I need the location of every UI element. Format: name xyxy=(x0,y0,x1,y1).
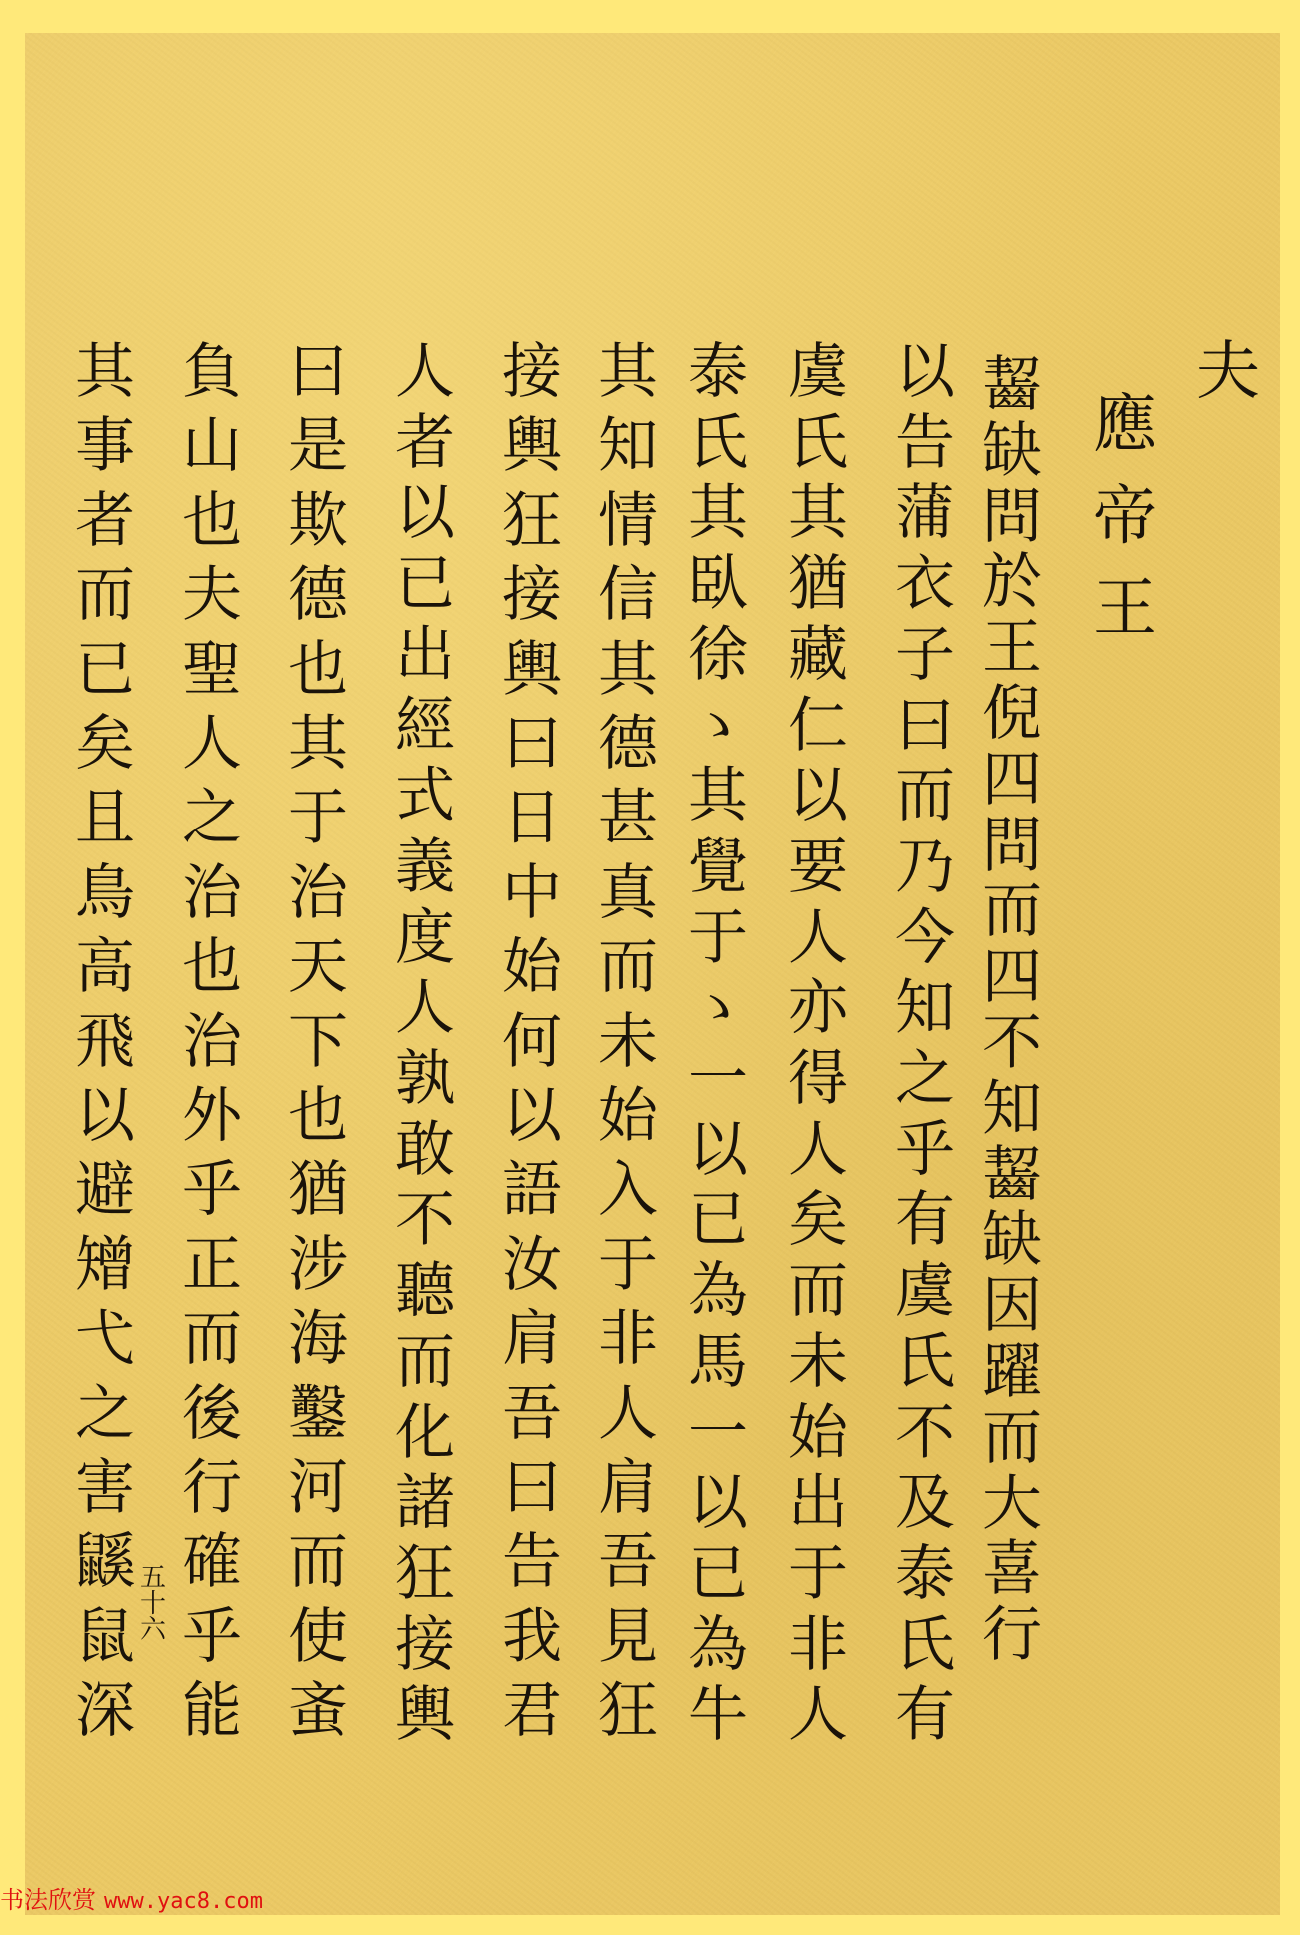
calligraphy-character: 而 xyxy=(598,937,658,997)
calligraphy-character: 德 xyxy=(598,714,658,774)
calligraphy-character: 氏 xyxy=(895,1332,955,1392)
calligraphy-character: 乎 xyxy=(182,1607,242,1667)
calligraphy-character: 接 xyxy=(395,1615,455,1675)
calligraphy-character: 知 xyxy=(895,978,955,1038)
calligraphy-character: 何 xyxy=(502,1012,562,1072)
calligraphy-character: 知 xyxy=(982,1079,1042,1139)
calligraphy-character: 接 xyxy=(502,565,562,625)
calligraphy-character: 而 xyxy=(982,1408,1042,1468)
calligraphy-character: 一 xyxy=(688,1049,748,1109)
calligraphy-character: 人 xyxy=(788,908,848,968)
calligraphy-character: 蚉 xyxy=(288,1681,348,1741)
calligraphy-character: 出 xyxy=(788,1473,848,1533)
calligraphy-character: 齧 xyxy=(982,1145,1042,1205)
calligraphy-paper: 夫 應帝王 齧缺問於王倪四問而四不知齧缺因躍而大喜行 以告蒲衣子曰而乃今知之乎有… xyxy=(25,33,1280,1915)
calligraphy-character: 且 xyxy=(75,788,135,848)
calligraphy-character: 馬 xyxy=(688,1332,748,1392)
calligraphy-character: 以 xyxy=(688,1473,748,1533)
calligraphy-character: 山 xyxy=(182,416,242,476)
calligraphy-character: 而 xyxy=(788,1261,848,1321)
calligraphy-character: 問 xyxy=(982,487,1042,547)
calligraphy-character: 其 xyxy=(688,483,748,543)
calligraphy-character: 我 xyxy=(502,1607,562,1667)
calligraphy-character: 鳥 xyxy=(75,863,135,923)
calligraphy-character: 其 xyxy=(688,766,748,826)
calligraphy-character: 子 xyxy=(895,625,955,685)
calligraphy-character: 吾 xyxy=(502,1384,562,1444)
calligraphy-character: 人 xyxy=(788,1120,848,1180)
calligraphy-character: 諸 xyxy=(395,1473,455,1533)
calligraphy-character: 信 xyxy=(598,565,658,625)
calligraphy-character: 今 xyxy=(895,908,955,968)
calligraphy-character: 河 xyxy=(288,1458,348,1518)
calligraphy-character: 未 xyxy=(788,1332,848,1392)
calligraphy-character: 大 xyxy=(982,1474,1042,1534)
calligraphy-character: 已 xyxy=(75,640,135,700)
calligraphy-character: 式 xyxy=(395,766,455,826)
calligraphy-character: 避 xyxy=(75,1160,135,1220)
calligraphy-character: 有 xyxy=(895,1685,955,1745)
calligraphy-character: 氏 xyxy=(788,413,848,473)
calligraphy-character: 下 xyxy=(288,1012,348,1072)
calligraphy-character: 治 xyxy=(288,863,348,923)
calligraphy-character: 以 xyxy=(502,1086,562,1146)
calligraphy-character: 及 xyxy=(895,1473,955,1533)
calligraphy-character: 矣 xyxy=(788,1190,848,1250)
calligraphy-character: ゝ xyxy=(688,696,748,756)
calligraphy-character: 乃 xyxy=(895,837,955,897)
calligraphy-character: 告 xyxy=(895,413,955,473)
calligraphy-character: 於 xyxy=(982,552,1042,612)
calligraphy-character: 知 xyxy=(598,416,658,476)
annotation-character: 五 xyxy=(140,1565,166,1591)
calligraphy-character: 之 xyxy=(182,788,242,848)
calligraphy-character: 情 xyxy=(598,491,658,551)
calligraphy-character: 而 xyxy=(895,766,955,826)
calligraphy-character: 使 xyxy=(288,1607,348,1667)
calligraphy-character: 輿 xyxy=(395,1685,455,1745)
calligraphy-character: 要 xyxy=(788,837,848,897)
calligraphy-character: 于 xyxy=(288,788,348,848)
calligraphy-character: 人 xyxy=(395,342,455,402)
calligraphy-character: 輿 xyxy=(502,640,562,700)
calligraphy-character: 徐 xyxy=(688,625,748,685)
calligraphy-character: 泰 xyxy=(688,342,748,402)
calligraphy-character: 而 xyxy=(182,1309,242,1369)
watermark: 书法欣赏www.yac8.com xyxy=(0,1880,263,1915)
calligraphy-character: 外 xyxy=(182,1086,242,1146)
calligraphy-character: 而 xyxy=(395,1332,455,1392)
calligraphy-character: 是 xyxy=(288,416,348,476)
calligraphy-character: 不 xyxy=(982,1013,1042,1073)
calligraphy-character: 乎 xyxy=(895,1120,955,1180)
calligraphy-character: 以 xyxy=(788,766,848,826)
calligraphy-character: 也 xyxy=(288,1086,348,1146)
calligraphy-character: 弋 xyxy=(75,1309,135,1369)
calligraphy-character: 鼠 xyxy=(75,1607,135,1667)
calligraphy-character: 以 xyxy=(395,483,455,543)
calligraphy-character: 應 xyxy=(1093,393,1157,457)
calligraphy-character: 亦 xyxy=(788,978,848,1038)
calligraphy-character: 猶 xyxy=(788,554,848,614)
calligraphy-character: 曰 xyxy=(288,342,348,402)
calligraphy-character: 君 xyxy=(502,1681,562,1741)
calligraphy-character: 牛 xyxy=(688,1685,748,1745)
calligraphy-character: 義 xyxy=(395,837,455,897)
calligraphy-character: 肩 xyxy=(598,1458,658,1518)
calligraphy-character: 非 xyxy=(598,1309,658,1369)
calligraphy-character: 輿 xyxy=(502,416,562,476)
calligraphy-character: 鼷 xyxy=(75,1532,135,1592)
calligraphy-character: 其 xyxy=(75,342,135,402)
calligraphy-character: 化 xyxy=(395,1403,455,1463)
calligraphy-character: 度 xyxy=(395,908,455,968)
calligraphy-character: 欺 xyxy=(288,491,348,551)
calligraphy-character: 之 xyxy=(895,1049,955,1109)
calligraphy-character: 其 xyxy=(598,342,658,402)
calligraphy-character: 已 xyxy=(688,1544,748,1604)
calligraphy-character: 事 xyxy=(75,416,135,476)
annotation-character: 十 xyxy=(140,1591,166,1617)
calligraphy-character: 缺 xyxy=(982,1210,1042,1270)
calligraphy-character: 告 xyxy=(502,1532,562,1592)
calligraphy-character: 負 xyxy=(182,342,242,402)
calligraphy-character: 倪 xyxy=(982,684,1042,744)
calligraphy-character: 仁 xyxy=(788,696,848,756)
calligraphy-character: 猶 xyxy=(288,1160,348,1220)
calligraphy-character: 而 xyxy=(75,565,135,625)
calligraphy-character: 于 xyxy=(598,1235,658,1295)
calligraphy-character: 汝 xyxy=(502,1235,562,1295)
calligraphy-character: 泰 xyxy=(895,1544,955,1604)
calligraphy-character: 出 xyxy=(395,625,455,685)
calligraphy-character: 不 xyxy=(395,1190,455,1250)
watermark-site-name: 书法欣赏 xyxy=(0,1886,96,1914)
calligraphy-character: 也 xyxy=(288,640,348,700)
calligraphy-character: 以 xyxy=(75,1086,135,1146)
calligraphy-character: 已 xyxy=(395,554,455,614)
calligraphy-character: 衣 xyxy=(895,554,955,614)
calligraphy-character: 者 xyxy=(395,413,455,473)
calligraphy-character: 其 xyxy=(788,483,848,543)
calligraphy-character: 于 xyxy=(788,1544,848,1604)
calligraphy-character: 吾 xyxy=(598,1532,658,1592)
calligraphy-character: 聽 xyxy=(395,1261,455,1321)
calligraphy-character: 狂 xyxy=(395,1544,455,1604)
calligraphy-character: 人 xyxy=(788,1685,848,1745)
calligraphy-character: 其 xyxy=(288,714,348,774)
calligraphy-character: 日 xyxy=(502,788,562,848)
calligraphy-character: 王 xyxy=(1093,577,1157,641)
calligraphy-character: 狂 xyxy=(502,491,562,551)
calligraphy-character: 四 xyxy=(982,750,1042,810)
calligraphy-character: 未 xyxy=(598,1012,658,1072)
calligraphy-character: 海 xyxy=(288,1309,348,1369)
calligraphy-character: 天 xyxy=(288,937,348,997)
calligraphy-character: 喜 xyxy=(982,1539,1042,1599)
calligraphy-character: 臥 xyxy=(688,554,748,614)
calligraphy-character: 害 xyxy=(75,1458,135,1518)
calligraphy-character: 于 xyxy=(688,908,748,968)
calligraphy-character: 行 xyxy=(182,1458,242,1518)
calligraphy-character: 夫 xyxy=(182,565,242,625)
calligraphy-character: 矣 xyxy=(75,714,135,774)
calligraphy-character: 曰 xyxy=(502,1458,562,1518)
calligraphy-character: 治 xyxy=(182,863,242,923)
calligraphy-character: 真 xyxy=(598,863,658,923)
calligraphy-character: 氏 xyxy=(895,1615,955,1675)
calligraphy-character: 虞 xyxy=(895,1261,955,1321)
calligraphy-character: 也 xyxy=(182,491,242,551)
calligraphy-character: 孰 xyxy=(395,1049,455,1109)
calligraphy-character: 已 xyxy=(688,1190,748,1250)
calligraphy-character: 問 xyxy=(982,816,1042,876)
watermark-url: www.yac8.com xyxy=(104,1889,263,1914)
calligraphy-character: 深 xyxy=(75,1681,135,1741)
calligraphy-character: 飛 xyxy=(75,1012,135,1072)
calligraphy-character: 鑿 xyxy=(288,1384,348,1444)
calligraphy-character: 敢 xyxy=(395,1120,455,1180)
calligraphy-character: 始 xyxy=(502,937,562,997)
calligraphy-character: 狂 xyxy=(598,1681,658,1741)
calligraphy-character: 氏 xyxy=(688,413,748,473)
calligraphy-character: 經 xyxy=(395,696,455,756)
calligraphy-character: 始 xyxy=(788,1403,848,1463)
calligraphy-character: 以 xyxy=(688,1120,748,1180)
calligraphy-character: 非 xyxy=(788,1615,848,1675)
calligraphy-character: 曰 xyxy=(895,696,955,756)
calligraphy-character: 正 xyxy=(182,1235,242,1295)
calligraphy-character: 齧 xyxy=(982,355,1042,415)
calligraphy-character: 蒲 xyxy=(895,483,955,543)
calligraphy-character: 人 xyxy=(598,1384,658,1444)
calligraphy-character: 其 xyxy=(598,640,658,700)
calligraphy-character: 為 xyxy=(688,1261,748,1321)
calligraphy-character: 接 xyxy=(502,342,562,402)
calligraphy-character: 者 xyxy=(75,491,135,551)
calligraphy-character: 矰 xyxy=(75,1235,135,1295)
calligraphy-character: 見 xyxy=(598,1607,658,1667)
calligraphy-character: 中 xyxy=(502,863,562,923)
calligraphy-character: 而 xyxy=(982,881,1042,941)
calligraphy-character: 以 xyxy=(895,342,955,402)
calligraphy-character: 之 xyxy=(75,1384,135,1444)
calligraphy-character: 人 xyxy=(395,978,455,1038)
calligraphy-character: 治 xyxy=(182,1012,242,1072)
calligraphy-character: 涉 xyxy=(288,1235,348,1295)
annotation-character: 六 xyxy=(140,1617,166,1643)
calligraphy-character: 夫 xyxy=(1196,340,1260,404)
calligraphy-character: 行 xyxy=(982,1605,1042,1665)
calligraphy-character: 缺 xyxy=(982,421,1042,481)
calligraphy-character: 躍 xyxy=(982,1342,1042,1402)
calligraphy-character: 曰 xyxy=(502,714,562,774)
calligraphy-character: 聖 xyxy=(182,640,242,700)
calligraphy-character: 甚 xyxy=(598,788,658,848)
calligraphy-character: 四 xyxy=(982,947,1042,1007)
calligraphy-character: 確 xyxy=(182,1532,242,1592)
calligraphy-character: 帝 xyxy=(1093,485,1157,549)
calligraphy-character: 語 xyxy=(502,1160,562,1220)
calligraphy-character: 因 xyxy=(982,1276,1042,1336)
calligraphy-character: 乎 xyxy=(182,1160,242,1220)
calligraphy-character: 有 xyxy=(895,1190,955,1250)
calligraphy-character: 高 xyxy=(75,937,135,997)
calligraphy-character: 入 xyxy=(598,1160,658,1220)
calligraphy-character: 能 xyxy=(182,1681,242,1741)
calligraphy-character: 虞 xyxy=(788,342,848,402)
calligraphy-character: 始 xyxy=(598,1086,658,1146)
calligraphy-character: 人 xyxy=(182,714,242,774)
calligraphy-character: 一 xyxy=(688,1403,748,1463)
calligraphy-character: 肩 xyxy=(502,1309,562,1369)
calligraphy-character: 覺 xyxy=(688,837,748,897)
calligraphy-character: 為 xyxy=(688,1615,748,1675)
calligraphy-character: 王 xyxy=(982,618,1042,678)
calligraphy-character: 得 xyxy=(788,1049,848,1109)
calligraphy-character: ゝ xyxy=(688,978,748,1038)
calligraphy-character: 藏 xyxy=(788,625,848,685)
calligraphy-character: 德 xyxy=(288,565,348,625)
calligraphy-character: 也 xyxy=(182,937,242,997)
calligraphy-character: 後 xyxy=(182,1384,242,1444)
calligraphy-character: 不 xyxy=(895,1403,955,1463)
calligraphy-character: 而 xyxy=(288,1532,348,1592)
